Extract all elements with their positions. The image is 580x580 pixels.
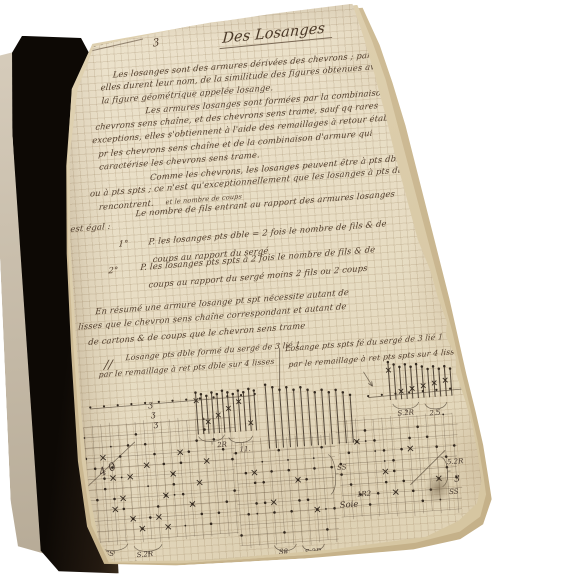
draft-dot [320,388,323,391]
draft-dot [377,492,380,495]
diagram-label: ʒ [150,409,157,418]
grid-line [235,457,335,464]
draft-dot [185,398,187,400]
draft-dot [134,433,137,436]
grid-line [126,423,134,539]
draft-dot [130,403,132,405]
draft-dot [247,513,250,516]
draft-dot [182,493,185,496]
handwritten-line: 2° [108,265,118,276]
draft-dot [327,391,330,394]
draft-dot [334,388,337,391]
handwritten-line: P. les losanges pts dble = 2 fois le nom… [148,218,387,246]
grid-line [88,490,240,501]
draft-dot [262,481,265,484]
draft-dot [231,393,234,396]
grid-line [408,417,415,516]
draft-dot [187,450,190,453]
photo-background: 16 9bre 1912 3 Des Losanges Les losanges… [0,0,580,580]
grid-line [382,418,389,514]
comb-stroke [286,387,290,447]
draft-dot [149,516,152,519]
comb-stroke [300,387,304,446]
grid-line [336,424,458,433]
draft-dot [254,481,257,484]
grid-line [236,467,334,474]
comb-stroke [428,369,430,397]
draft-dot [298,499,301,502]
grid-line [81,427,235,438]
grid-line [221,418,229,536]
draft-dot [369,503,372,506]
draft-dot [252,389,255,392]
draft-dot [374,450,376,452]
draft-dot [180,461,183,464]
draft-dot [277,449,280,452]
draft-dot [247,388,250,391]
draft-dot [144,402,146,404]
draft-dot [287,469,290,472]
draft-dot [212,396,214,398]
grid-line [235,436,329,443]
comb-stroke [279,390,283,448]
draft-dot [162,463,165,466]
diagram-label: SS [337,463,347,472]
draft-dot [403,363,406,366]
page-title: Des Losanges [220,20,334,49]
draft-dot [171,400,173,402]
comb-stroke [450,369,452,396]
comb-stroke [272,387,276,448]
diagram-label: Soie [339,500,358,511]
draft-dot [387,361,390,364]
draft-dot [365,440,367,442]
draft-dot [398,366,401,369]
grid-line [321,435,328,540]
comb-stroke [254,391,257,431]
draft-dot [325,508,327,510]
grid-line [152,423,160,542]
grid-line [417,415,424,513]
draft-dot [287,459,289,461]
draft-dot [270,470,273,473]
grid-line [135,422,143,542]
draft-dot [313,457,315,459]
draft-dot [442,413,444,415]
grid-line [269,441,276,546]
draft-dot [242,391,245,394]
draft-dot [306,388,309,391]
draft-dot [326,528,329,531]
diagram-label: S.2R [136,550,154,559]
draft-dot [110,446,112,448]
draft-dot [347,451,350,454]
draft-dot [153,453,156,456]
draft-dot [103,405,105,407]
grid-line [241,518,339,525]
draft-dot [383,449,386,452]
grid-line [399,414,406,513]
draft-dot [218,511,221,514]
grid-line [91,532,239,542]
grid-line [261,438,269,548]
grid-line [195,419,203,539]
grid-line [342,509,462,517]
diagram-label: 1R2 [357,490,372,499]
grid-line [90,501,240,511]
comb-stroke [265,385,269,449]
grid-line [237,498,333,505]
grid-line [337,435,457,443]
grid-line [278,439,285,543]
grid-line [304,438,311,545]
draft-dot [264,501,267,504]
draft-dot [240,534,243,537]
diagram-label: 11. [239,445,251,454]
grid-line [204,417,212,536]
grid-line [89,522,239,532]
draft-dot [240,394,242,396]
grid-line [86,480,234,490]
draft-dot [117,404,119,406]
draft-dot [341,391,344,394]
draft-dot [233,489,236,492]
draft-dot [305,478,308,481]
draft-dot [225,500,228,503]
comb-stroke [233,394,236,432]
draft-dot [409,365,412,368]
draft-dot [392,459,395,462]
handwritten-line: 1° [118,238,128,249]
draft-dot [381,394,383,396]
page-number: 3 [152,36,160,49]
draft-dot [278,388,281,391]
draft-dot [394,392,396,394]
grid-line [212,416,220,534]
draft-dot [256,513,258,515]
draft-dot [408,391,410,393]
comb-stroke [294,390,298,447]
draft-dot [330,466,333,469]
comb-stroke [322,390,326,445]
draft-dot [443,365,446,368]
draft-dot [158,401,160,403]
grid-line [109,423,118,545]
draft-dot [226,391,229,394]
draft-dot [244,472,247,475]
grid-line [169,419,177,536]
comb-stroke [439,369,441,397]
draft-dot [200,393,203,396]
draft-dot [421,499,424,502]
draft-dot [273,511,276,514]
draft-dot [216,393,219,396]
grid-line [101,424,109,542]
draft-dot [432,365,435,368]
draft-dot [373,439,376,442]
draft-dot [426,435,429,438]
draft-dot [113,498,116,501]
draft-dot [349,393,352,396]
draft-dot [174,494,176,496]
draft-dot [320,446,323,449]
draft-line [368,389,464,398]
brace [328,454,340,495]
draft-dot [221,389,224,392]
draft-dot [261,461,263,463]
comb-stroke [222,391,225,433]
draft-dot [350,483,353,486]
draft-dot [234,452,237,455]
draft-dot [122,507,125,510]
grid-line [339,445,457,453]
draft-dot [408,437,411,440]
draft-dot [194,391,197,394]
diagram-label: 3 [454,474,461,484]
draft-dot [435,389,437,391]
draft-dot [212,438,215,441]
draft-dot [313,467,316,470]
grid-line [239,508,339,515]
diagram-label: ʒ [152,419,159,428]
draft-dot [144,443,147,446]
draft-dot [121,477,123,479]
grid-line [161,421,169,539]
arrow-head [368,381,372,386]
handwritten-line: est égal : [70,221,111,234]
draft-dot [292,388,295,391]
draft-dot [89,406,91,408]
comb-stroke [343,392,347,443]
diagram-label: 5.2R [447,457,465,466]
grid-line [178,418,186,539]
grid-line [187,420,195,536]
draft-dot [283,531,286,534]
draft-dot [420,365,423,368]
diagram-label: 2.5 [428,409,441,418]
draft-dot [172,483,175,486]
draft-dot [307,498,310,501]
draft-dot [437,367,440,370]
diagram-label: S.2R [397,408,415,417]
draft-dot [157,505,160,508]
grid-line [312,437,319,543]
draft-dot [299,386,302,389]
grid-line [118,425,126,542]
draft-dot [290,510,293,513]
draft-dot [231,458,234,461]
comb-stroke [227,392,230,432]
draft-dot [205,395,208,398]
draft-dot [393,470,396,473]
comb-stroke [350,395,353,443]
draft-dot [384,460,386,462]
draft-dot [412,489,415,492]
draft-dot [255,502,258,505]
grid-line [229,416,237,533]
draft-dot [184,525,186,527]
draft-dot [340,473,343,476]
grid-line [87,511,239,522]
draft-dot [264,383,267,386]
draft-dot [96,499,99,502]
grid-line [286,437,294,545]
draft-dot [392,363,395,366]
draft-dot [200,513,203,516]
draft-line [363,371,372,387]
grid-line [238,477,334,484]
draft-dot [416,425,419,428]
grid-line [239,529,339,536]
comb-stroke [206,396,209,434]
draft-dot [449,367,452,370]
handwritten-text-block: Les losanges sont des armures dérivées d… [42,0,465,25]
draft-dot [364,429,367,432]
draft-dot [285,386,288,389]
draft-dot [367,395,369,397]
draft-dot [195,439,198,442]
draft-dot [210,391,213,394]
grid-line [252,440,259,546]
comb-stroke [308,390,312,446]
draft-dot [415,363,418,366]
draft-dot [147,485,149,487]
draft-dot [435,445,438,448]
draft-dot [333,507,336,510]
draft-dot [210,522,213,525]
grid-line [390,416,397,516]
draft-dot [402,480,405,483]
draft-dot [400,448,403,451]
comb-stroke [336,390,340,444]
diagram-label: 2R [216,440,228,449]
draft-dot [313,391,316,394]
draft-dot [385,481,388,484]
grid-line [373,419,380,516]
draft-dot [426,368,429,371]
draft-dot [271,386,274,389]
grid-line [295,436,302,543]
draft-dot [237,389,240,392]
grid-line [244,441,251,548]
grid-line [236,488,334,495]
draft-dot [453,444,456,447]
grid-line [85,449,235,459]
diagram-label: ʒ [147,400,154,409]
grid-line [143,420,151,539]
draft-dot [127,444,130,447]
draft-dot [104,488,107,491]
comb-stroke [243,392,246,431]
